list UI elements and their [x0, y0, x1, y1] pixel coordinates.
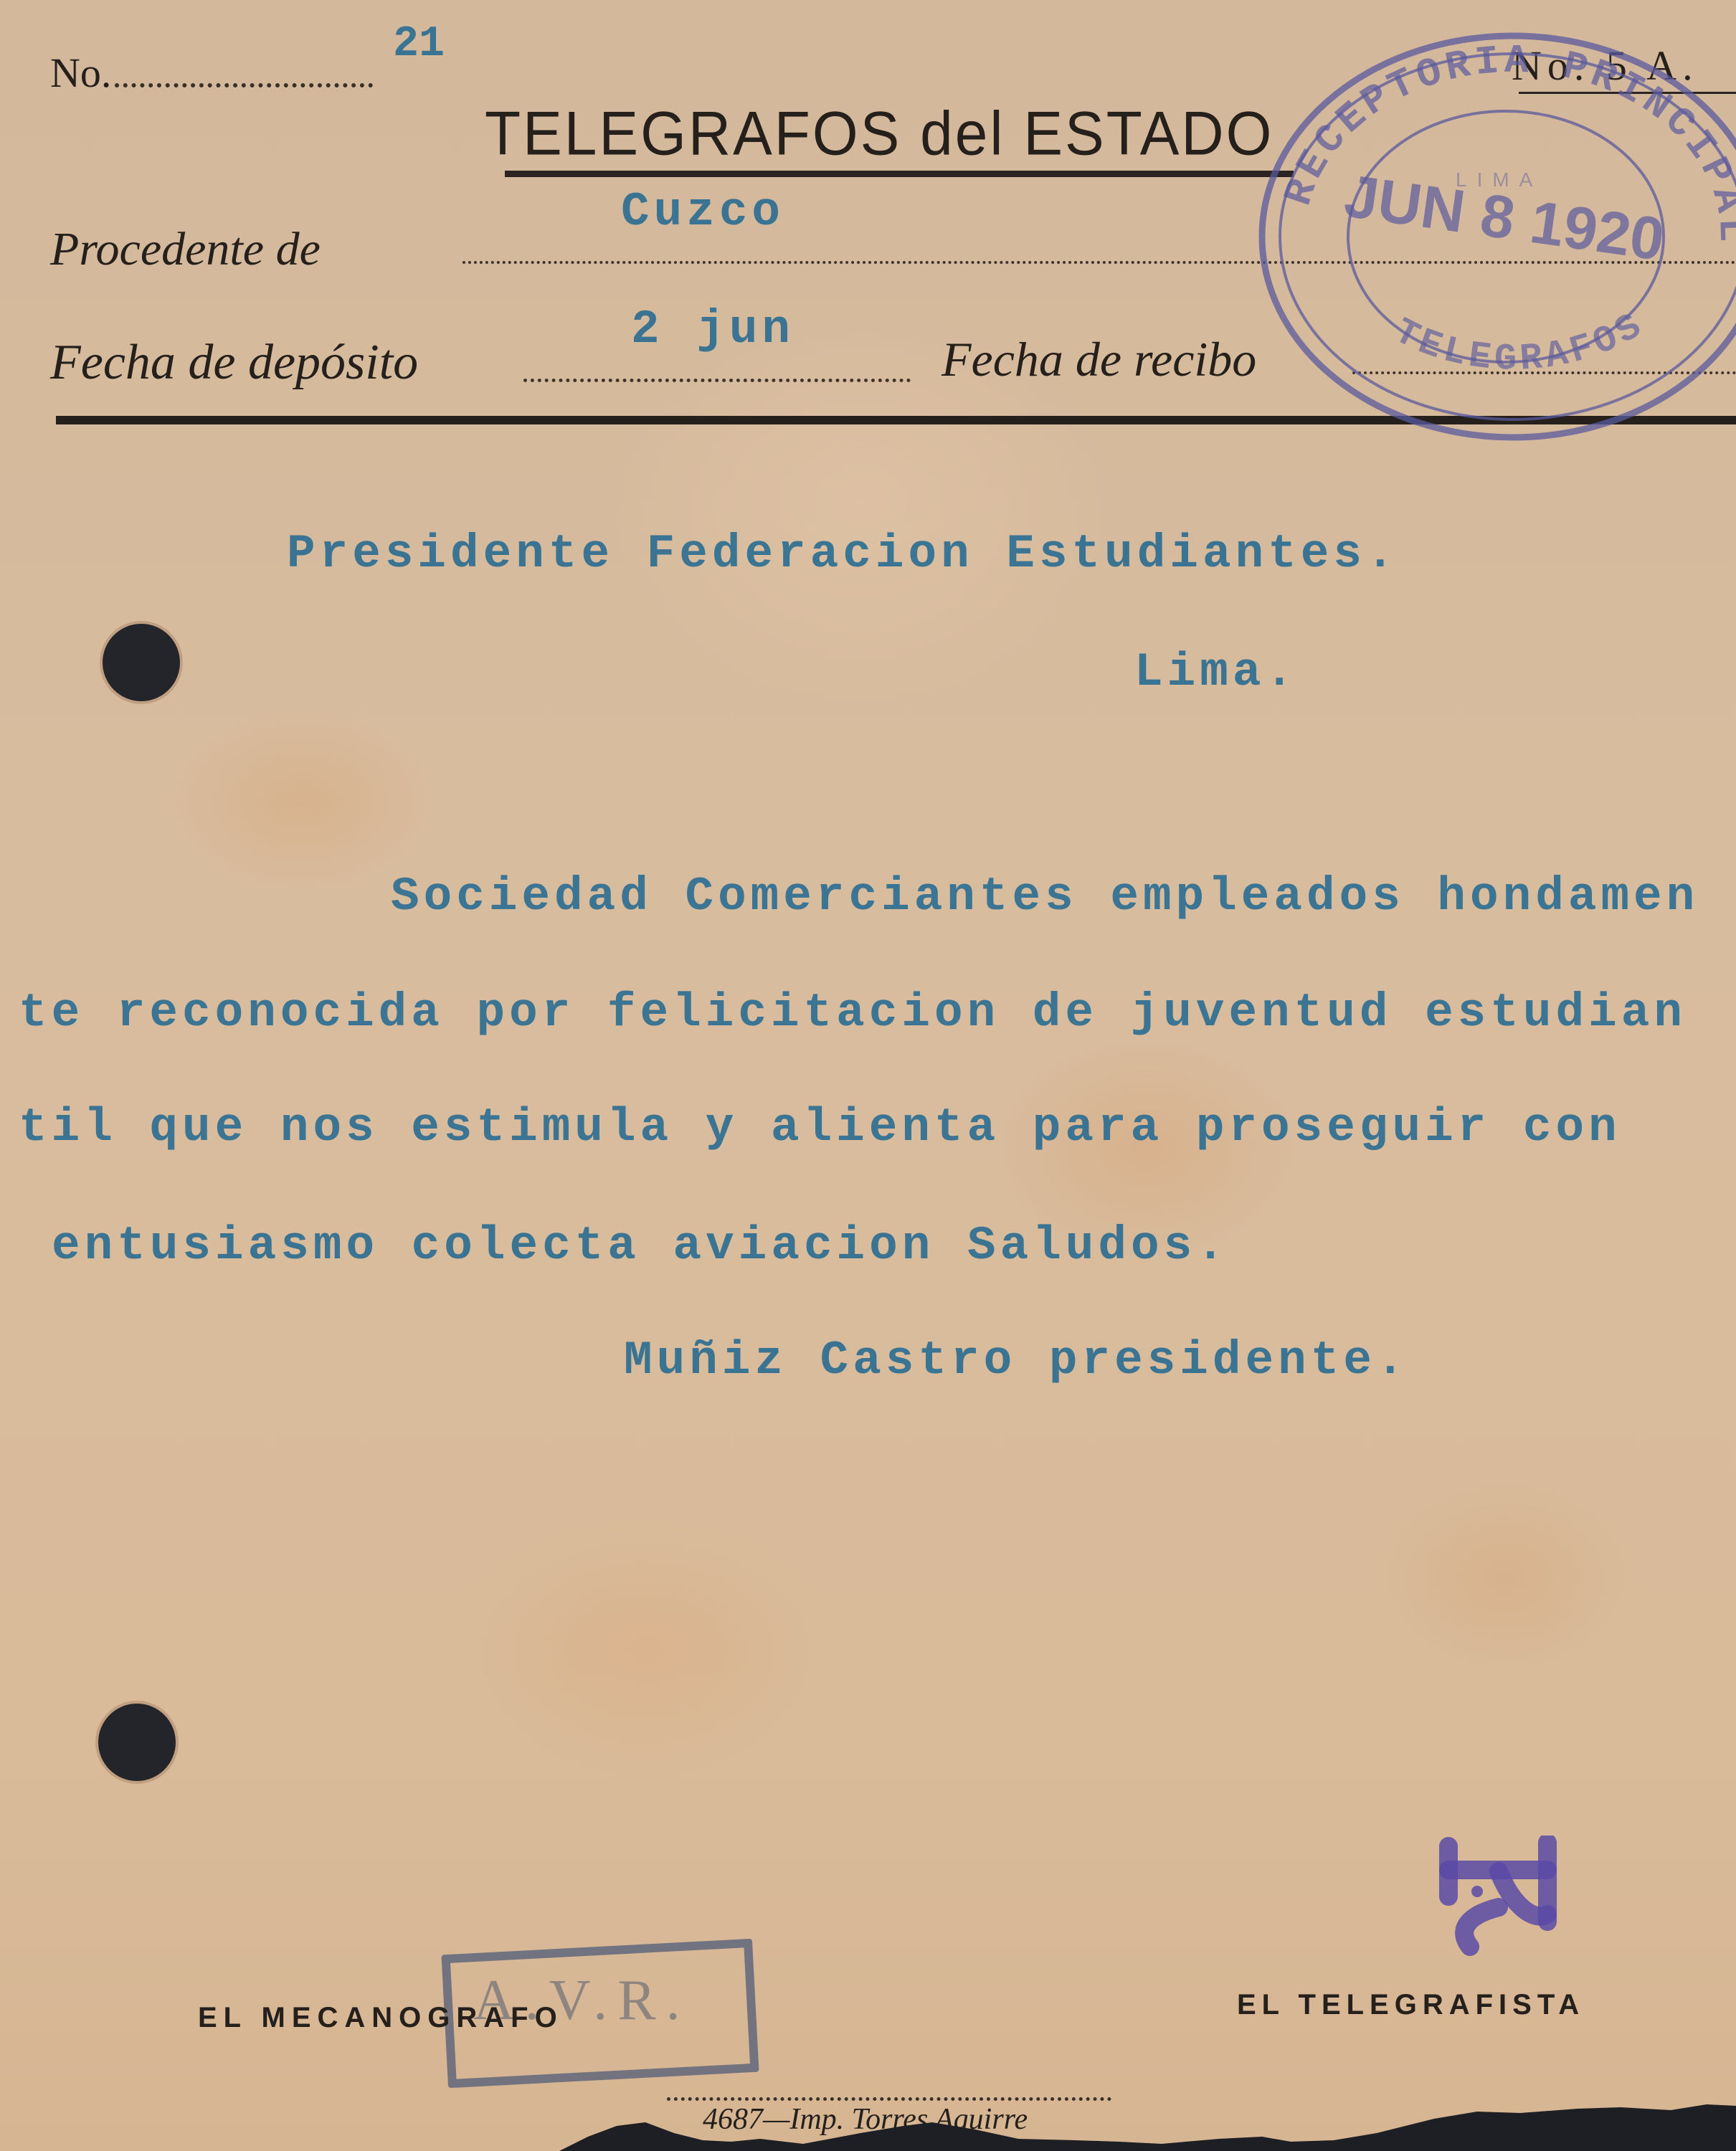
document-title: TELEGRAFOS del ESTADO [485, 99, 1273, 170]
postmark-stamp-icon: RECEPTORIA PRINCIPAL TELEGRAFOS LIMA JUN… [1219, 22, 1736, 459]
message-line: til que nos estimula y alienta para pros… [19, 1101, 1621, 1154]
telegraphist-label: EL TELEGRAFISTA [1237, 1989, 1585, 2021]
receipt-date-label: Fecha de recibo [941, 331, 1256, 388]
svg-text:TELEGRAFOS: TELEGRAFOS [1388, 303, 1653, 381]
typist-label: EL MECANOGRAFO [198, 2002, 564, 2034]
telegraphist-initials-stamp-icon [1427, 1836, 1570, 1957]
title-underline [505, 171, 1294, 177]
addressee: Presidente Federacion Estudiantes. [287, 527, 1399, 581]
torn-edge [0, 2104, 1736, 2151]
punch-hole-bottom [98, 1704, 176, 1781]
punch-hole-top [103, 624, 180, 701]
origin-label: Procedente de [50, 222, 321, 277]
origin-value: Cuzco [621, 185, 784, 239]
addressee-city: Lima. [1134, 645, 1298, 699]
message-line: Sociedad Comerciantes empleados hondamen [391, 870, 1699, 923]
deposit-date-label: Fecha de depósito [50, 334, 418, 391]
deposit-date-dotted-line [523, 379, 911, 382]
number-dotted-line [115, 83, 373, 87]
telegram-number: 21 [393, 20, 445, 69]
stamp-bottom-text: TELEGRAFOS [1388, 303, 1653, 381]
number-label: No. [50, 49, 111, 97]
deposit-date-value: 2 jun [631, 303, 795, 356]
printer-rule [667, 2097, 1111, 2101]
message-line: entusiasmo colecta aviacion Saludos. [52, 1219, 1229, 1273]
message-line: te reconocida por felicitacion de juvent… [19, 986, 1687, 1040]
signature: Muñiz Castro presidente. [624, 1334, 1409, 1387]
